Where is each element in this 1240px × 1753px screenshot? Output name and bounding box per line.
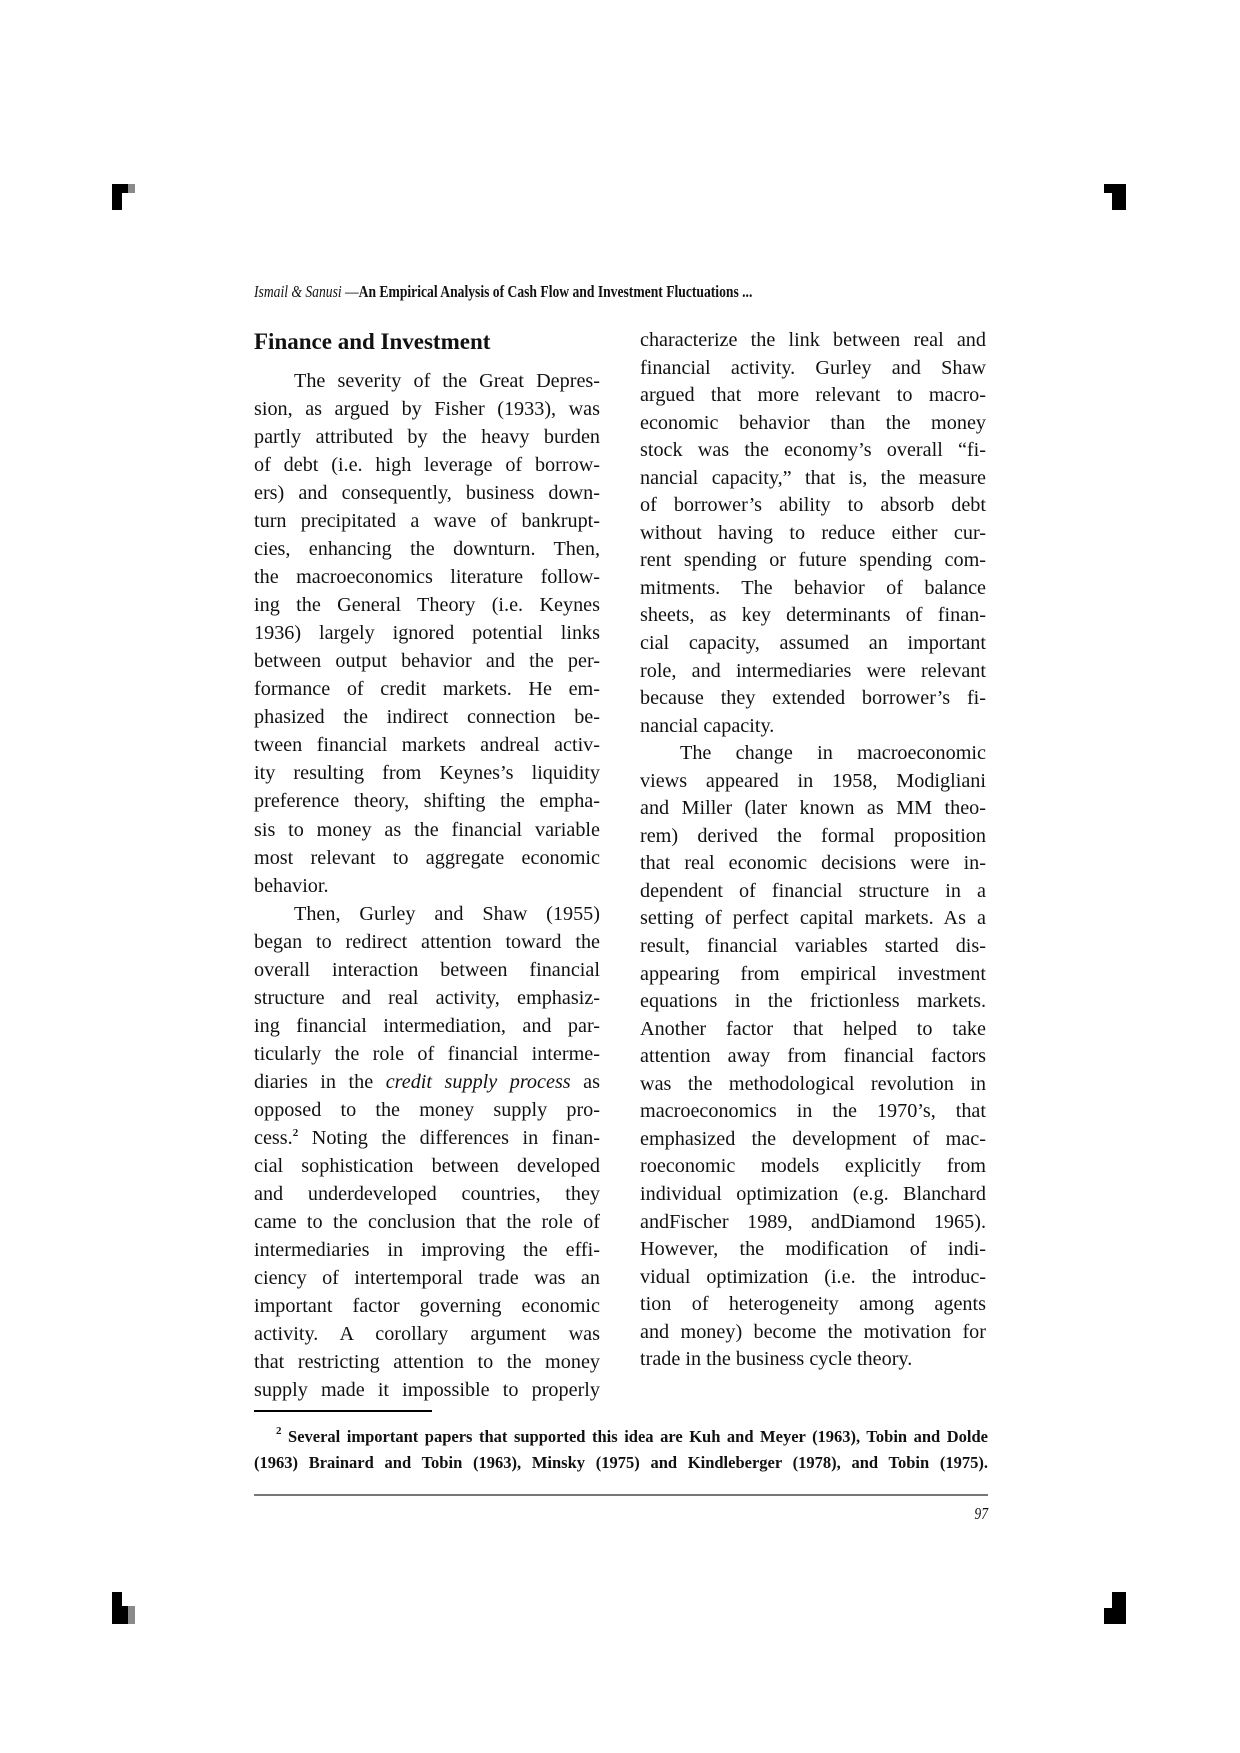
text-line: nancial capacity,” that is, the measure <box>640 465 986 493</box>
text-line: the macroeconomics literature follow- <box>254 563 600 591</box>
text-line: tween financial markets andreal activ- <box>254 731 600 759</box>
text-line: However, the modification of indi- <box>640 1236 986 1264</box>
paragraph-4: The change in macroeconomic views appear… <box>640 740 986 1374</box>
text-line: trade in the business cycle theory. <box>640 1346 986 1374</box>
text-fragment: cess. <box>254 1127 293 1149</box>
text-line: intermediaries in improving the effi- <box>254 1236 600 1264</box>
text-line: Another factor that helped to take <box>640 1016 986 1044</box>
text-line: ing the General Theory (i.e. Keynes <box>254 591 600 619</box>
text-line: mitments. The behavior of balance <box>640 575 986 603</box>
crop-mark-bottom-right-foot <box>1104 1608 1126 1624</box>
text-line: between output behavior and the per- <box>254 647 600 675</box>
left-column: Finance and Investment The severity of t… <box>254 326 600 1404</box>
text-line: important factor governing economic <box>254 1292 600 1320</box>
text-line: sion, as argued by Fisher (1933), was <box>254 395 600 423</box>
text-line: cial sophistication between developed <box>254 1152 600 1180</box>
crop-mark-top-left-gray <box>128 184 135 193</box>
text-line: characterize the link between real and <box>640 327 986 355</box>
text-line: came to the conclusion that the role of <box>254 1208 600 1236</box>
text-line: 1936) largely ignored potential links <box>254 619 600 647</box>
crop-mark-top-right-stem <box>1112 184 1126 210</box>
text-line: rent spending or future spending com- <box>640 547 986 575</box>
text-fragment: as <box>571 1071 600 1093</box>
paragraph-3: characterize the link between real and f… <box>640 327 986 740</box>
text-line: without having to reduce either cur- <box>640 520 986 548</box>
text-line: began to redirect attention toward the <box>254 928 600 956</box>
text-line: financial activity. Gurley and Shaw <box>640 355 986 383</box>
text-fragment: diaries in the <box>254 1071 386 1093</box>
text-line: overall interaction between financial <box>254 956 600 984</box>
text-line: argued that more relevant to macro- <box>640 382 986 410</box>
text-fragment: Noting the differences in finan- <box>298 1127 600 1149</box>
text-line: formance of credit markets. He em- <box>254 675 600 703</box>
text-line: Then, Gurley and Shaw (1955) <box>254 900 600 928</box>
text-line: nancial capacity. <box>640 713 986 741</box>
crop-mark-bottom-left-arm <box>112 1606 129 1624</box>
text-line: most relevant to aggregate economic <box>254 844 600 872</box>
text-line: individual optimization (e.g. Blanchard <box>640 1181 986 1209</box>
paragraph-1: The severity of the Great Depres- sion, … <box>254 367 600 900</box>
text-line: rem) derived the formal proposition <box>640 823 986 851</box>
text-line: ing financial intermediation, and par- <box>254 1012 600 1040</box>
text-line: emphasized the development of mac- <box>640 1126 986 1154</box>
text-line: The severity of the Great Depres- <box>254 367 600 395</box>
footnote-line: 2 Several important papers that supporte… <box>254 1424 988 1450</box>
text-line: opposed to the money supply pro- <box>254 1096 600 1124</box>
text-line: activity. A corollary argument was <box>254 1320 600 1348</box>
footnote-text: Several important papers that supported … <box>282 1427 989 1446</box>
footnote-separator <box>254 1410 432 1412</box>
text-line: roeconomic models explicitly from <box>640 1153 986 1181</box>
text-line: setting of perfect capital markets. As a <box>640 905 986 933</box>
running-head-title: An Empirical Analysis of Cash Flow and I… <box>359 282 753 301</box>
crop-mark-top-left-arm <box>112 184 129 193</box>
text-line: because they extended borrower’s fi- <box>640 685 986 713</box>
text-line: behavior. <box>254 872 600 900</box>
paragraph-2: Then, Gurley and Shaw (1955) began to re… <box>254 900 600 1405</box>
text-line: stock was the economy’s overall “fi- <box>640 437 986 465</box>
page-bottom-rule <box>254 1494 988 1496</box>
page-number: 97 <box>966 1504 988 1524</box>
section-heading: Finance and Investment <box>254 326 600 358</box>
text-line: cial capacity, assumed an important <box>640 630 986 658</box>
text-line: was the methodological revolution in <box>640 1071 986 1099</box>
text-line: The change in macroeconomic <box>640 740 986 768</box>
text-line: sheets, as key determinants of finan- <box>640 602 986 630</box>
text-line: supply made it impossible to properly <box>254 1376 600 1404</box>
text-line: cies, enhancing the downturn. Then, <box>254 535 600 563</box>
text-line: role, and intermediaries were relevant <box>640 658 986 686</box>
text-line: attention away from financial factors <box>640 1043 986 1071</box>
text-line: and underdeveloped countries, they <box>254 1180 600 1208</box>
footnote: 2 Several important papers that supporte… <box>254 1424 988 1476</box>
text-line: of borrower’s ability to absorb debt <box>640 492 986 520</box>
running-head: Ismail & Sanusi —An Empirical Analysis o… <box>254 282 846 302</box>
text-line: partly attributed by the heavy burden <box>254 423 600 451</box>
text-line: sis to money as the financial variable <box>254 816 600 844</box>
running-head-separator: — <box>342 282 359 301</box>
right-column: characterize the link between real and f… <box>640 327 986 1374</box>
text-line: that real economic decisions were in- <box>640 850 986 878</box>
text-line: equations in the frictionless markets. <box>640 988 986 1016</box>
running-head-authors: Ismail & Sanusi <box>254 282 342 301</box>
emphasized-term: credit supply process <box>386 1071 571 1093</box>
text-line: tion of heterogeneity among agents <box>640 1291 986 1319</box>
footnote-line: (1963) Brainard and Tobin (1963), Minsky… <box>254 1450 988 1476</box>
text-line: ticularly the role of financial interme- <box>254 1040 600 1068</box>
text-line: vidual optimization (i.e. the introduc- <box>640 1264 986 1292</box>
text-line: ity resulting from Keynes’s liquidity <box>254 759 600 787</box>
text-line: ers) and consequently, business down- <box>254 479 600 507</box>
text-line: macroeconomics in the 1970’s, that <box>640 1098 986 1126</box>
text-line: result, financial variables started dis- <box>640 933 986 961</box>
text-line: preference theory, shifting the empha- <box>254 787 600 815</box>
text-line: dependent of financial structure in a <box>640 878 986 906</box>
crop-mark-bottom-left-gray <box>128 1606 135 1624</box>
text-line: and Miller (later known as MM theo- <box>640 795 986 823</box>
text-line: ciency of intertemporal trade was an <box>254 1264 600 1292</box>
text-line: turn precipitated a wave of bankrupt- <box>254 507 600 535</box>
text-line: diaries in the credit supply process as <box>254 1068 600 1096</box>
text-line: appearing from empirical investment <box>640 961 986 989</box>
text-line: views appeared in 1958, Modigliani <box>640 768 986 796</box>
text-line: structure and real activity, emphasiz- <box>254 984 600 1012</box>
text-line: andFischer 1989, andDiamond 1965). <box>640 1209 986 1237</box>
text-line: that restricting attention to the money <box>254 1348 600 1376</box>
text-line: economic behavior than the money <box>640 410 986 438</box>
text-line: of debt (i.e. high leverage of borrow- <box>254 451 600 479</box>
text-line: cess.2 Noting the differences in finan- <box>254 1124 600 1152</box>
text-line: phasized the indirect connection be- <box>254 703 600 731</box>
text-line: and money) become the motivation for <box>640 1319 986 1347</box>
